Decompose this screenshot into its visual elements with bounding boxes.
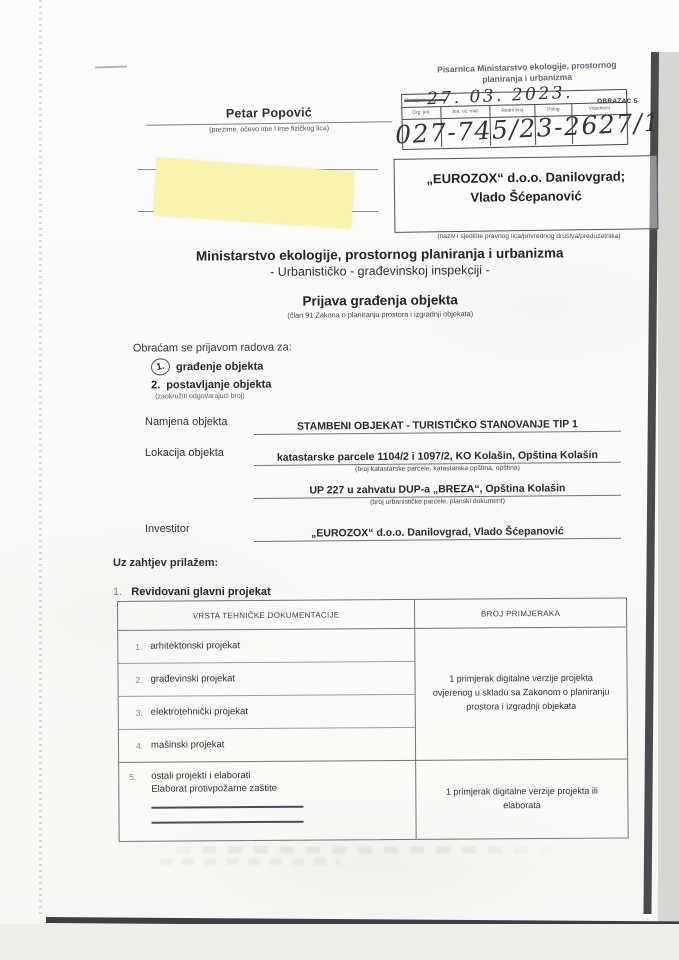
form-title: Prijava građenja objekta [120, 291, 640, 311]
row-number: 3. [127, 707, 143, 717]
row-label: arhitektonski projekat [150, 640, 240, 652]
investor-value: „EUROZOX“ d.o.o. Danilovgrad, Vlado Šćep… [311, 525, 564, 539]
table-row-civil: 2. građevinski projekat [118, 661, 414, 696]
registry-office-text: Pisarnica Ministarstvo ekologije, prosto… [393, 58, 662, 88]
location-field-line: katastarske parcele 1104/2 i 1097/2, KO … [254, 445, 621, 466]
row-number: 4. [127, 740, 143, 750]
table-row-mechanical: 4. mašinski projekat [119, 727, 415, 762]
row-label: elektrotehnički projekat [151, 706, 248, 718]
blank-entry-line [152, 821, 304, 824]
title-block: Ministarstvo ekologije, prostornog plani… [120, 245, 641, 322]
company-representative: Vlado Šćepanović [395, 186, 657, 209]
inspection-subtitle: - Urbanističko - građevinskoj inspekciji… [120, 262, 640, 281]
row-label: ostali projekti i elaborati [151, 770, 250, 782]
option-1-label: građenje objekta [176, 360, 264, 373]
plan-value: UP 227 u zahvatu DUP-a „BREZA“, Opština … [309, 482, 565, 496]
applicant-name-field: Petar Popović (prezime, očevo ime i ime … [146, 104, 392, 134]
investor-field-line: „EUROZOX“ d.o.o. Danilovgrad, Vlado Šćep… [254, 521, 621, 542]
company-name: „EUROZOX“ d.o.o. Danilovgrad; [395, 167, 657, 190]
bleed-through-ghost-text [150, 846, 580, 854]
attachment-item-1: 1. Revidovani glavni projekat [113, 586, 271, 598]
option-2-label: postavljanje objekta [166, 379, 271, 392]
blank-entry-line [151, 806, 303, 809]
row-number: 2. [127, 674, 143, 684]
company-box-caption: (naziv i sjedište pravnog lica/privredno… [389, 233, 669, 240]
circle-instruction-note: (zaokružiti odgovarajući broj) [155, 392, 292, 400]
table-header-copies: BROJ PRIMJERAKA [415, 598, 626, 627]
ministry-title: Ministarstvo ekologije, prostornog plani… [120, 245, 640, 265]
location-value: katastarske parcele 1104/2 i 1097/2, KO … [277, 449, 598, 464]
documentation-table: VRSTA TEHNIČKE DOKUMENTACIJE BROJ PRIMJE… [117, 597, 629, 842]
row-number: 5. [129, 772, 136, 782]
circled-option-number: 1. [150, 357, 172, 377]
attachment-item-1-label: Revidovani glavni projekat [131, 586, 270, 598]
investor-label: Investitor [145, 523, 190, 535]
option-2-placement: 2. postavljanje objekta [151, 378, 292, 391]
scanned-document-page: Petar Popović (prezime, očevo ime i ime … [0, 0, 679, 960]
row-label: mašinski projekat [151, 739, 224, 751]
attachment-item-1-number: 1. [113, 586, 122, 598]
table-row-other-projects: 5. ostali projekti i elaborati Elaborat … [119, 760, 416, 841]
registry-stamp-block: Pisarnica Ministarstvo ekologije, prosto… [393, 62, 673, 84]
location-label: Lokacija objekta [145, 447, 224, 459]
purpose-field-line: STAMBENI OBJEKAT - TURISTIČKO STANOVANJE… [254, 414, 621, 435]
plan-field-line: UP 227 u zahvatu DUP-a „BREZA“, Opština … [254, 478, 621, 499]
row-sublabel: Elaborat protivpožarne zaštite [151, 783, 277, 795]
left-edge-scan-artifact [39, 0, 42, 915]
option-1-number: 1. [156, 361, 166, 373]
table-header-doc-type: VRSTA TEHNIČKE DOKUMENTACIJE [118, 600, 414, 630]
top-left-mark-artifact [95, 65, 127, 68]
request-intro: Obraćam se prijavom radova za: [133, 341, 292, 354]
bleed-through-ghost-text [160, 858, 340, 865]
purpose-label: Namjena objekta [145, 416, 228, 428]
applicant-name: Petar Popović [146, 104, 392, 125]
form-subtitle: (član 91 Zakona o planiranju prostora i … [120, 308, 640, 322]
purpose-value: STAMBENI OBJEKAT - TURISTIČKO STANOVANJE… [297, 418, 578, 432]
request-options-block: Obraćam se prijavom radova za: 1. građen… [133, 341, 292, 400]
applicant-name-caption: (prezime, očevo ime i ime fizičkog lica) [146, 124, 392, 134]
scanner-background-bottom [0, 924, 679, 960]
row-label: građevinski projekat [151, 673, 236, 685]
row-number: 1. [126, 641, 142, 651]
applicant-company-box: „EUROZOX“ d.o.o. Danilovgrad; Vlado Šćep… [393, 155, 658, 233]
copies-main-cell: 1 primjerak digitalne verzije projekta o… [415, 626, 627, 759]
option-2-number: 2. [151, 379, 160, 391]
table-row-electrical: 3. elektrotehnički projekat [119, 694, 415, 729]
form-code-label: OBRAZAC 5 [597, 98, 638, 105]
attachments-intro: Uz zahtjev prilažem: [113, 557, 218, 569]
scanner-background-strip [658, 52, 679, 960]
option-1-building: 1. građenje objekta [151, 357, 292, 375]
copies-other-cell: 1 primjerak digitalne verzije projekta i… [416, 758, 628, 838]
table-row-architectural: 1. arhitektonski projekat [118, 628, 414, 663]
